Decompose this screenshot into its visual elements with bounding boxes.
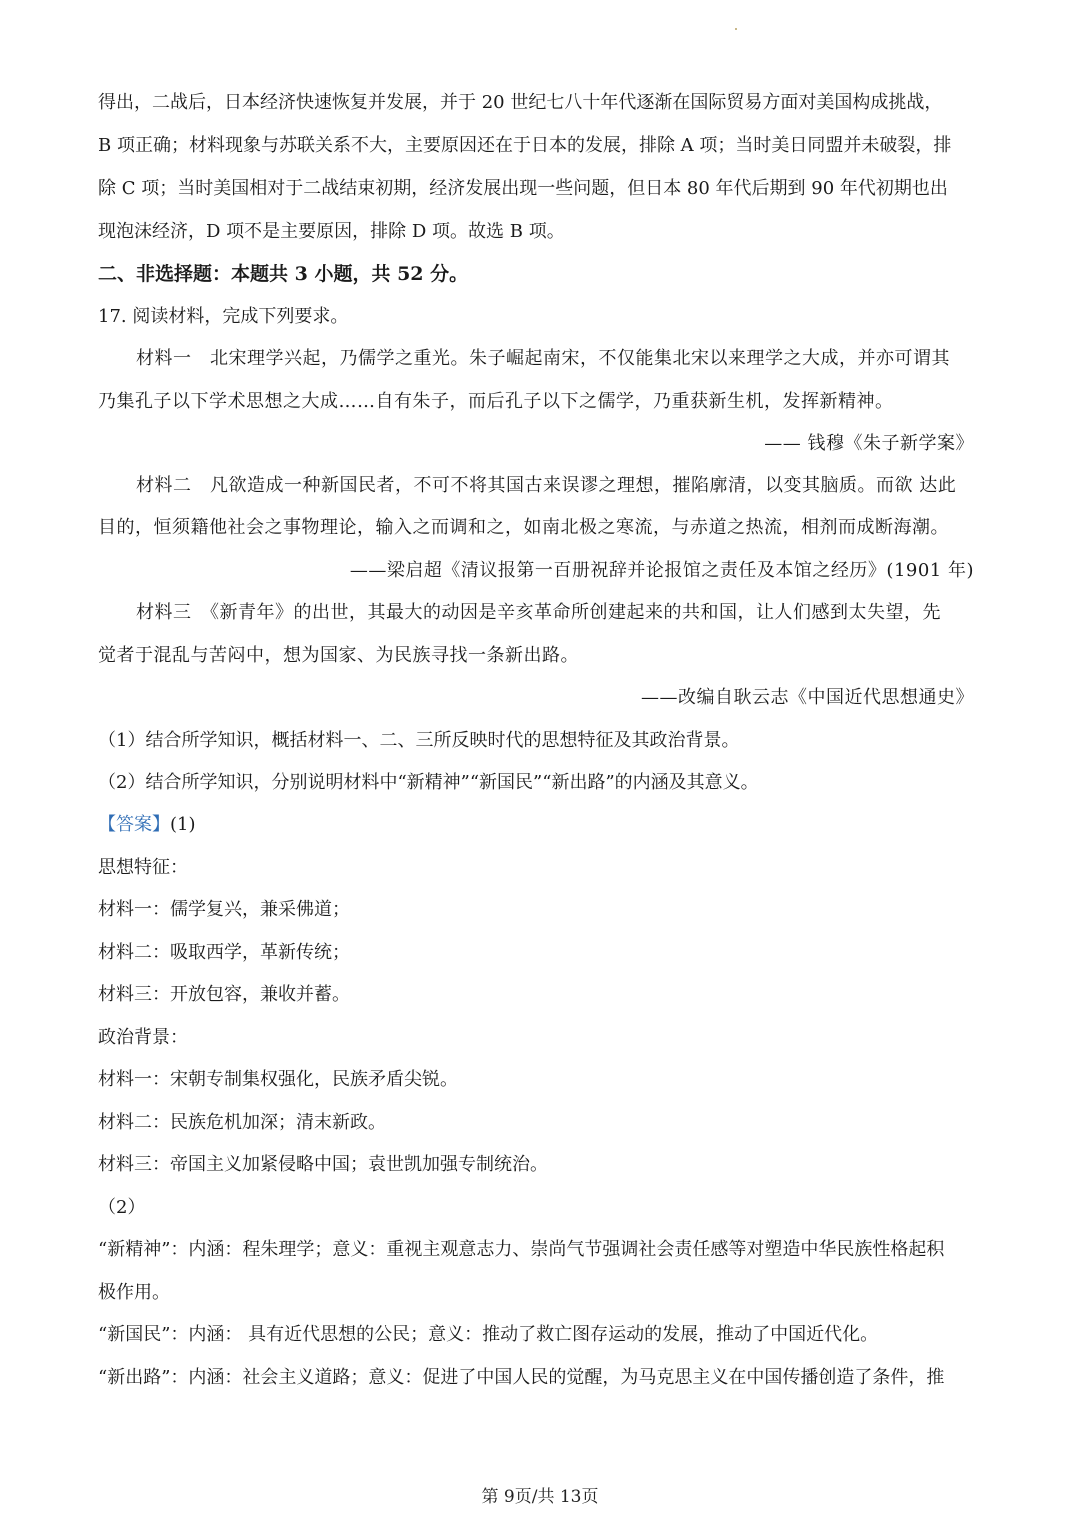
scan-mark [735, 28, 737, 30]
answer-part-2-line: “新出路”：内涵：社会主义道路；意义：促进了中国人民的觉醒，为马克思主义在中国传… [98, 1366, 944, 1390]
explanation-line: B 项正确；材料现象与苏联关系不大，主要原因还在于日本的发展，排除 A 项；当时… [98, 134, 951, 158]
answer-part-2-line: “新国民”：内涵： 具有近代思想的公民；意义：推动了救亡图存运动的发展，推动了中… [98, 1323, 878, 1347]
material-2-line: 目的，恒须籍他社会之事物理论，输入之而调和之，如南北极之寒流，与赤道之热流，相剂… [98, 516, 949, 540]
material-2-line: 材料二 凡欲造成一种新国民者，不可不将其国古来误谬之理想，摧陷廓清，以变其脑质。… [136, 474, 956, 498]
politics-item: 材料二：民族危机加深；清末新政。 [98, 1111, 386, 1135]
answer-tag: 【答案】 [98, 814, 170, 835]
answer-label-line: 【答案】(1) [98, 813, 196, 837]
thought-item: 材料一：儒学复兴，兼采佛道； [98, 898, 350, 922]
explanation-line: 除 C 项；当时美国相对于二战结束初期，经济发展出现一些问题，但日本 80 年代… [98, 177, 948, 201]
sub-question-1: （1）结合所学知识，概括材料一、二、三所反映时代的思想特征及其政治背景。 [98, 729, 739, 753]
material-3-line: 材料三 《新青年》的出世，其最大的动因是辛亥革命所创建起来的共和国，让人们感到太… [136, 601, 941, 625]
answer-part-2-line: 极作用。 [98, 1281, 170, 1305]
politics-item: 材料一：宋朝专制集权强化，民族矛盾尖锐。 [98, 1068, 458, 1092]
thought-heading: 思想特征： [98, 856, 188, 880]
question-stem: 17. 阅读材料，完成下列要求。 [98, 305, 348, 329]
material-2-source: ——梁启超《清议报第一百册祝辞并论报馆之责任及本馆之经历》(1901 年) [350, 559, 974, 583]
material-3-line: 觉者于混乱与苦闷中，想为国家、为民族寻找一条新出路。 [98, 644, 579, 668]
sub-question-2: （2）结合所学知识，分别说明材料中“新精神”“新国民”“新出路”的内涵及其意义。 [98, 771, 759, 795]
explanation-line: 现泡沫经济，D 项不是主要原因，排除 D 项。故选 B 项。 [98, 220, 565, 244]
material-1-line: 乃集孔子以下学术思想之大成……自有朱子，而后孔子以下之儒学，乃重获新生机，发挥新… [98, 390, 894, 414]
material-1-source: —— 钱穆《朱子新学案》 [764, 432, 974, 456]
page-footer: 第 9页/共 13页 [0, 1482, 1080, 1507]
thought-item: 材料三：开放包容，兼收并蓄。 [98, 983, 350, 1007]
politics-heading: 政治背景： [98, 1026, 188, 1050]
thought-item: 材料二：吸取西学，革新传统； [98, 941, 350, 965]
answer-part-2-line: “新精神”：内涵：程朱理学；意义：重视主观意志力、崇尚气节强调社会责任感等对塑造… [98, 1238, 944, 1262]
answer-part-1-label: (1) [170, 814, 196, 835]
section-heading: 二、非选择题：本题共 3 小题，共 52 分。 [98, 262, 468, 286]
material-1-line: 材料一 北宋理学兴起，乃儒学之重光。朱子崛起南宋，不仅能集北宋以来理学之大成，并… [136, 347, 950, 371]
material-3-source: ——改编自耿云志《中国近代思想通史》 [641, 686, 974, 710]
explanation-line: 得出，二战后，日本经济快速恢复并发展，并于 20 世纪七八十年代逐渐在国际贸易方… [98, 91, 942, 115]
politics-item: 材料三：帝国主义加紧侵略中国；袁世凯加强专制统治。 [98, 1153, 548, 1177]
answer-part-2-label: （2） [98, 1196, 145, 1220]
